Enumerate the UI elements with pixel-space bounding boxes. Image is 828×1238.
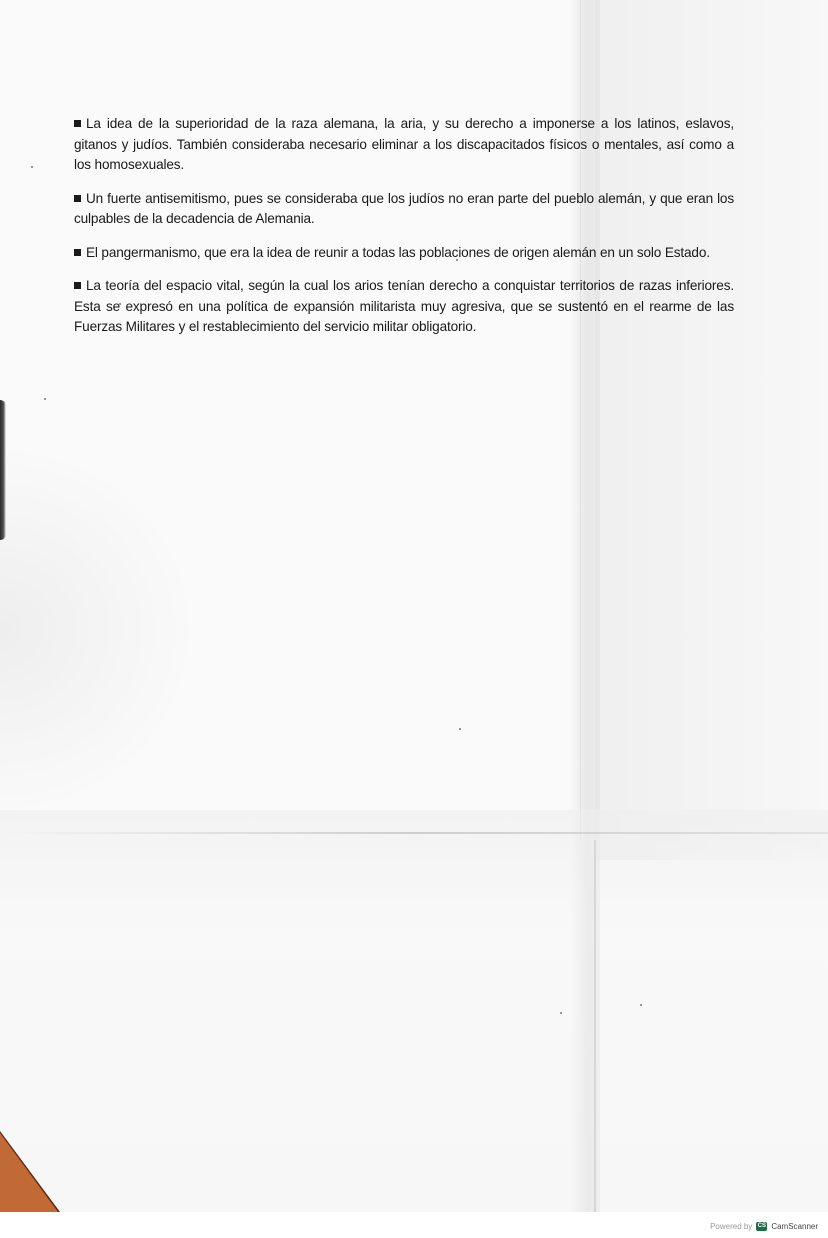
table-surface-corner	[0, 1133, 58, 1212]
paper-speck	[459, 728, 461, 730]
paper-speck	[31, 166, 33, 168]
bullet-paragraph: La idea de la superioridad de la raza al…	[74, 114, 734, 176]
document-body: La idea de la superioridad de la raza al…	[74, 114, 734, 351]
bullet-text: La teoría del espacio vital, según la cu…	[74, 278, 734, 334]
fold-line-vertical	[594, 840, 596, 1212]
bullet-paragraph: Un fuerte antisemitismo, pues se conside…	[74, 189, 734, 230]
bullet-text: La idea de la superioridad de la raza al…	[74, 116, 734, 172]
square-bullet-icon	[74, 249, 81, 256]
bullet-paragraph: La teoría del espacio vital, según la cu…	[74, 276, 734, 338]
bullet-paragraph: El pangermanismo, que era la idea de reu…	[74, 243, 734, 264]
fold-line-horizontal	[0, 832, 828, 834]
square-bullet-icon	[74, 282, 81, 289]
bullet-text: El pangermanismo, que era la idea de reu…	[86, 245, 710, 260]
watermark-prefix: Powered by	[710, 1222, 752, 1231]
paper-speck	[560, 1012, 562, 1014]
bullet-text: Un fuerte antisemitismo, pues se conside…	[74, 191, 734, 227]
square-bullet-icon	[74, 120, 81, 127]
paper-speck	[44, 398, 46, 400]
paper-shadow-lower	[0, 810, 828, 1212]
scanned-page: La idea de la superioridad de la raza al…	[0, 0, 828, 1212]
camscanner-logo-icon: CS	[756, 1222, 767, 1231]
paper-speck	[640, 1004, 642, 1006]
paper-shadow	[0, 440, 200, 820]
watermark-brand: CamScanner	[771, 1222, 818, 1231]
left-edge-shadow	[0, 400, 6, 540]
square-bullet-icon	[74, 195, 81, 202]
camscanner-watermark: Powered by CS CamScanner	[710, 1222, 818, 1231]
